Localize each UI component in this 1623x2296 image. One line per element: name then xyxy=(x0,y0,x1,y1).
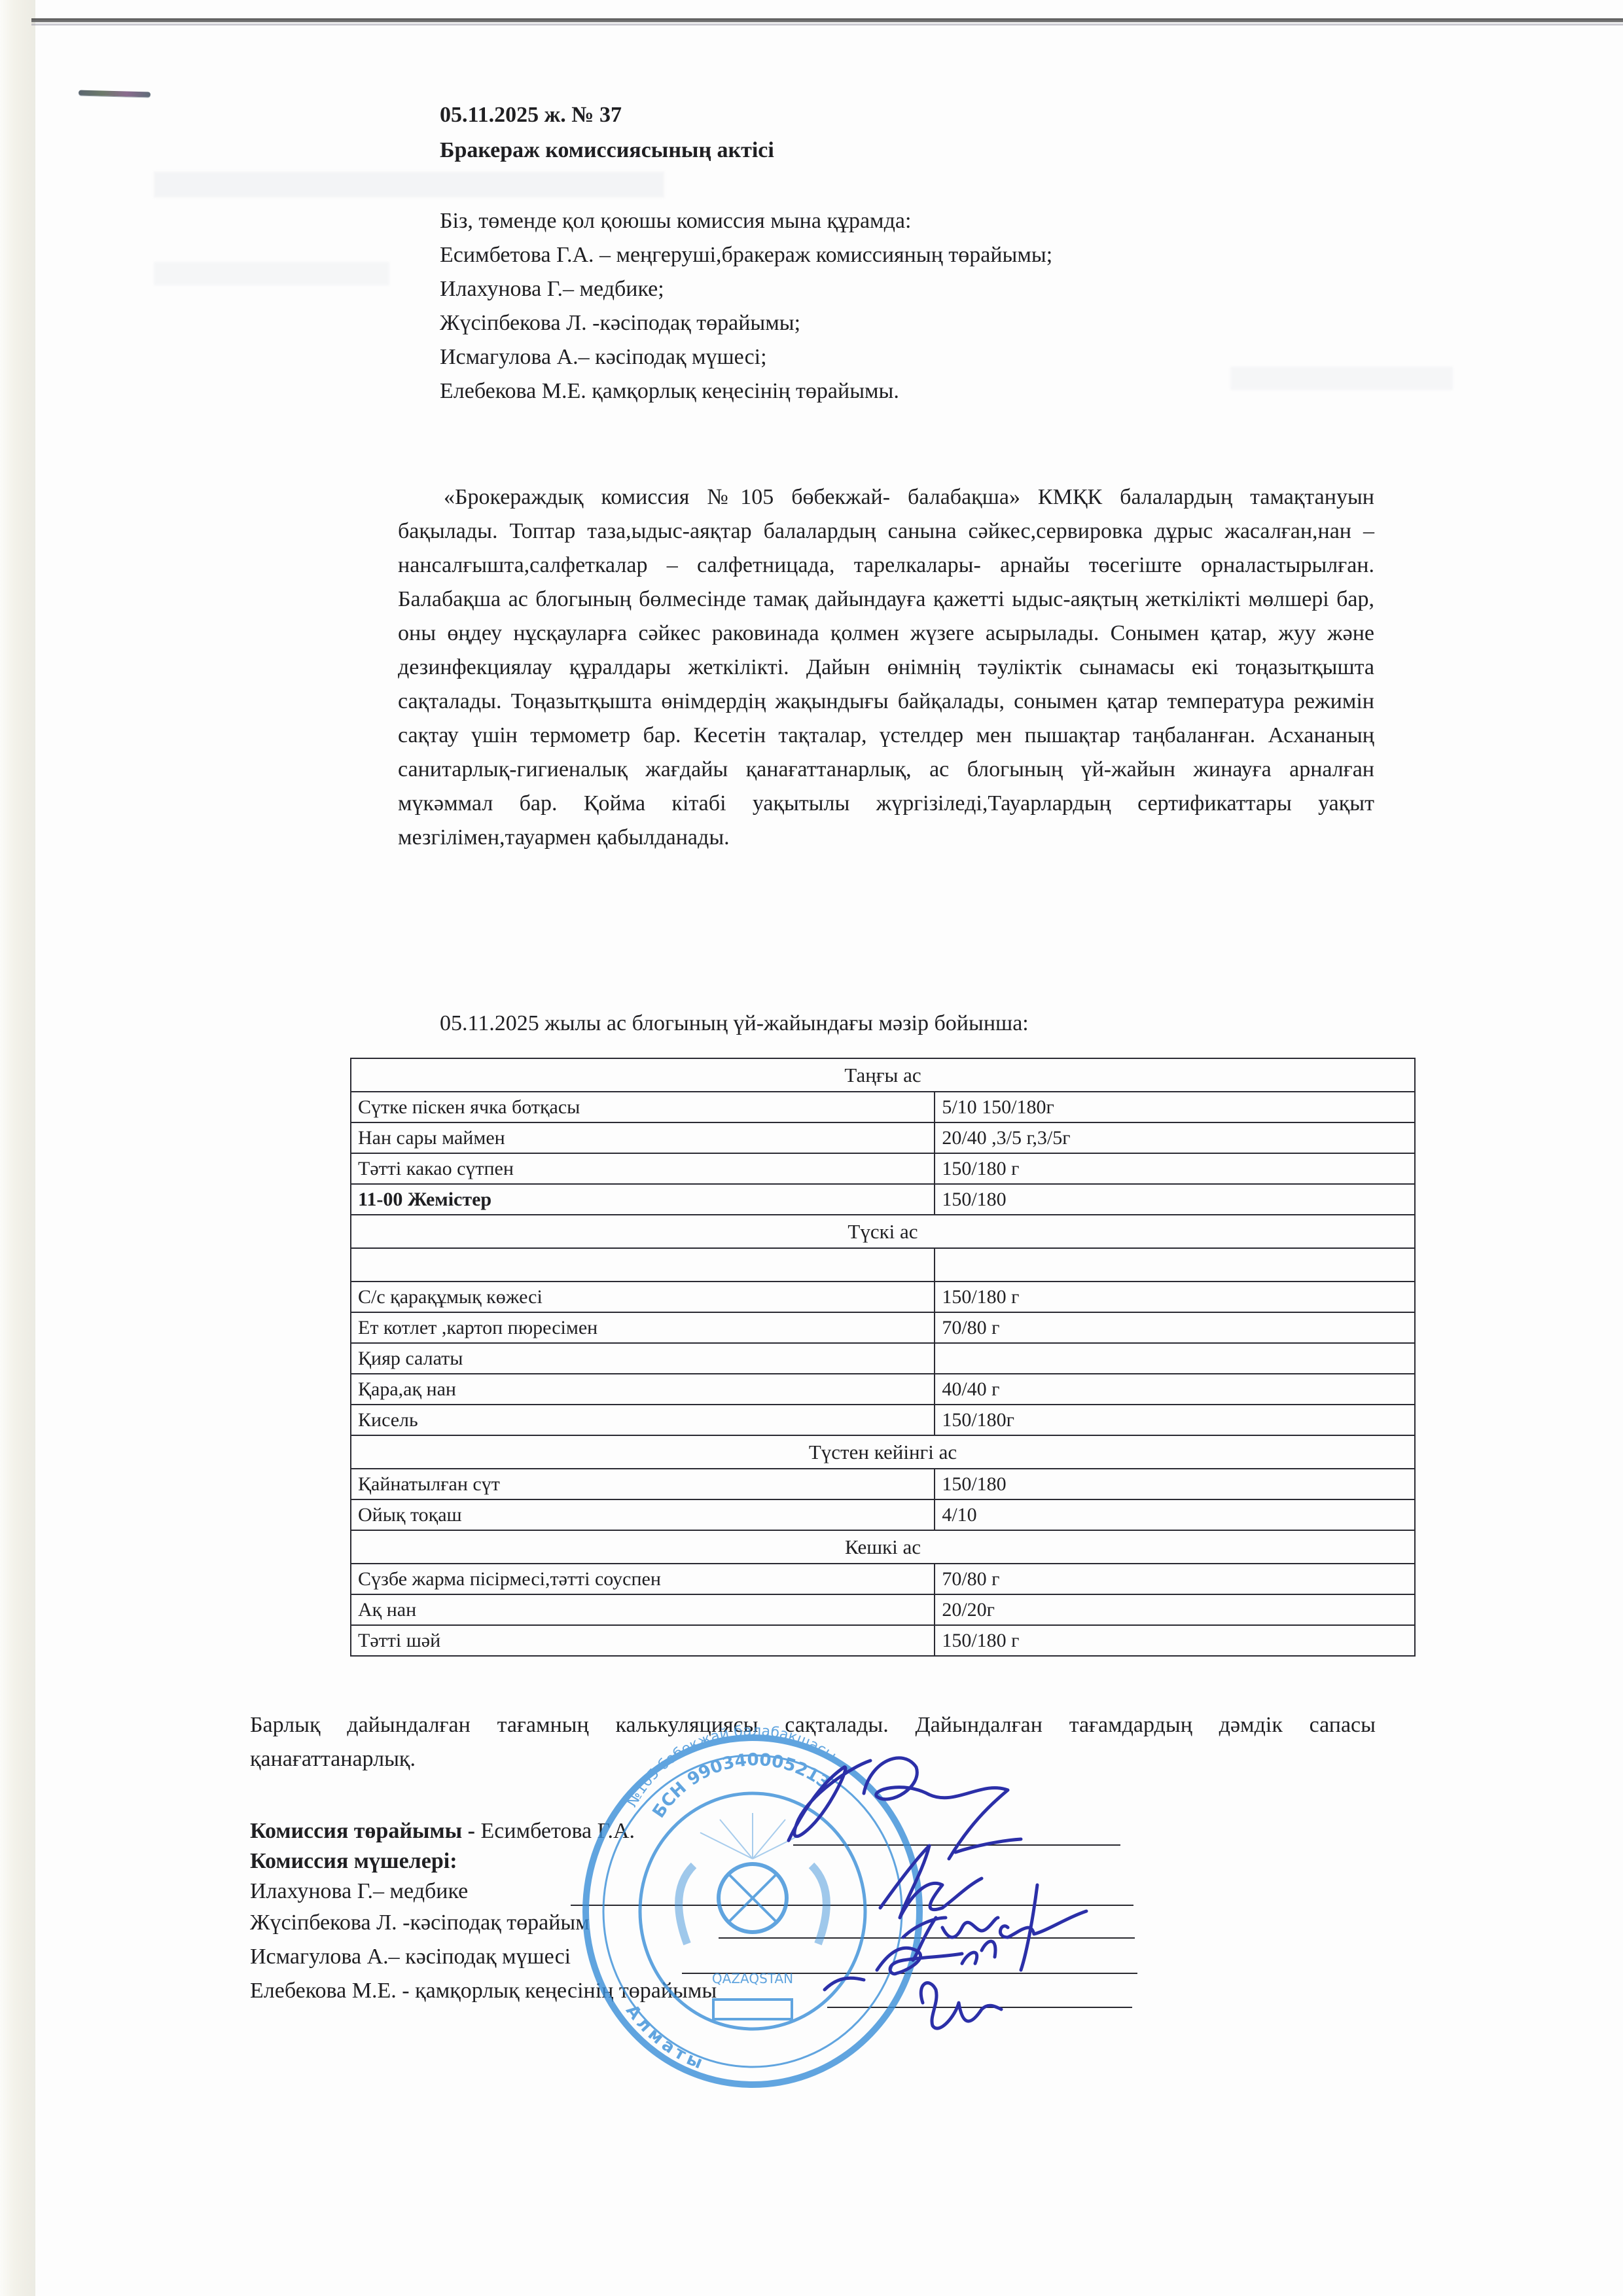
stamp-and-signatures-layer: БСН 990340005213 №105 бөбекжай балабақша… xyxy=(0,0,1623,2296)
handwritten-signatures xyxy=(789,1758,1086,2028)
svg-text:QAZAQSTAN: QAZAQSTAN xyxy=(712,1971,793,1986)
